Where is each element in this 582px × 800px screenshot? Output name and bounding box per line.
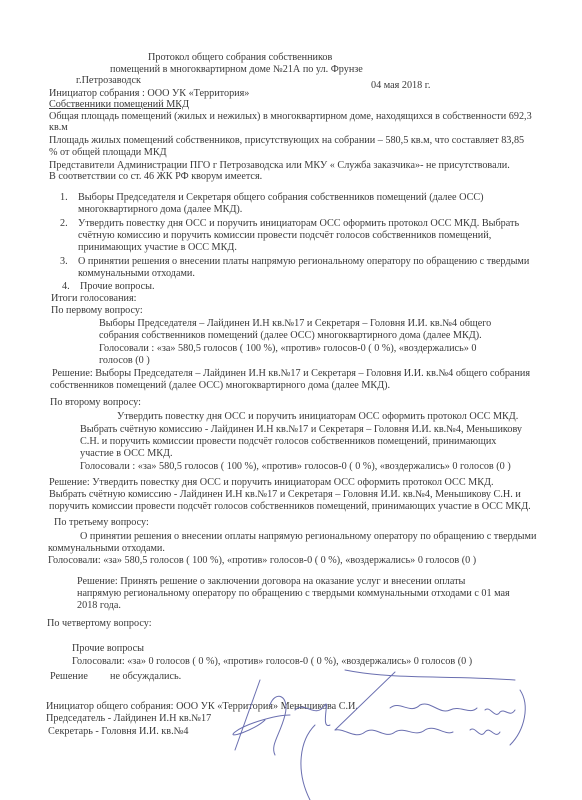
agenda-2-line-1: Утвердить повестку дня ОСС и поручить ин…	[78, 218, 519, 230]
q2-text-2: Выбрать счётную комиссию - Лайдинен И.Н …	[80, 424, 522, 436]
agenda-2-num: 2.	[60, 218, 68, 230]
q4-decision-text: не обсуждались.	[110, 671, 181, 683]
q4-text-1: Прочие вопросы	[72, 643, 144, 655]
q3-decision-1: Решение: Принять решение о заключении до…	[77, 576, 465, 588]
q2-text-1: Утвердить повестку дня ОСС и поручить ин…	[117, 411, 518, 423]
q3-label: По третьему вопросу:	[54, 517, 149, 529]
q2-decision-2: Выбрать счётную комиссию - Лайдинен И.Н …	[49, 489, 521, 501]
q3-text-2: коммунальными отходами.	[48, 543, 165, 555]
quorum: В соответствии со ст. 46 ЖК РФ кворум им…	[49, 171, 262, 183]
date: 04 мая 2018 г.	[371, 80, 430, 92]
agenda-4-line-1: Прочие вопросы.	[80, 281, 155, 293]
total-area-line-1: Общая площадь помещений (жилых и нежилых…	[49, 111, 532, 123]
q2-decision-1: Решение: Утвердить повестку дня ОСС и по…	[49, 477, 494, 489]
q1-text-2: собрания собственников помещений (далее …	[99, 330, 482, 342]
title-line-2: помещений в многоквартирном доме №21А по…	[110, 64, 363, 76]
handwritten-signatures-icon	[215, 660, 545, 800]
total-area-line-2: кв.м	[49, 122, 68, 134]
q1-decision-2: собственников помещений (далее ОСС) мног…	[50, 380, 390, 392]
present-area-line-2: % от общей площади МКД	[49, 147, 167, 159]
title-line-1: Протокол общего собрания собственников	[148, 52, 332, 64]
q2-text-4: участие в ОСС МКД.	[80, 448, 173, 460]
q4-label: По четвертому вопросу:	[47, 618, 152, 630]
q3-decision-2: напрямую региональному оператору по обра…	[77, 588, 510, 600]
agenda-1-line-2: многоквартирного дома (далее МКД).	[78, 204, 242, 216]
results-heading: Итоги голосования:	[51, 293, 137, 305]
q2-text-3: С.Н. и поручить комиссии провести подсчё…	[80, 436, 496, 448]
agenda-4-num: 4.	[62, 281, 70, 293]
sign-chairman: Председатель - Лайдинен И.Н кв.№17	[46, 713, 211, 725]
agenda-1-num: 1.	[60, 192, 68, 204]
agenda-3-line-1: О принятии решения о внесении платы напр…	[78, 256, 529, 268]
q2-decision-3: поручить комиссии провести подсчёт голос…	[49, 501, 531, 513]
q3-votes: Голосовали: «за» 580,5 голосов ( 100 %),…	[48, 555, 476, 567]
q1-votes: Голосовали : «за» 580,5 голосов ( 100 %)…	[99, 343, 476, 355]
agenda-3-line-2: коммунальными отходами.	[78, 268, 195, 280]
q4-decision-label: Решение	[50, 671, 88, 683]
owners-heading: Собственники помещений МКД	[49, 99, 189, 111]
agenda-3-num: 3.	[60, 256, 68, 268]
city: г.Петрозаводск	[76, 75, 141, 87]
agenda-2-line-2: счётную комиссию и поручить комиссии про…	[78, 230, 491, 242]
sign-secretary: Секретарь - Головня И.И. кв.№4	[48, 726, 188, 738]
q1-decision-1: Решение: Выборы Председателя – Лайдинен …	[52, 368, 530, 380]
q2-label: По второму вопросу:	[50, 397, 141, 409]
agenda-2-line-3: принимающих участие в ОСС МКД.	[78, 242, 237, 254]
present-area-line-1: Площадь жилых помещений собственников, п…	[49, 135, 524, 147]
q3-text-1: О принятии решения о внесении оплаты нап…	[80, 531, 536, 543]
q1-text-1: Выборы Председателя – Лайдинен И.Н кв.№1…	[99, 318, 491, 330]
q2-votes: Голосовали : «за» 580,5 голосов ( 100 %)…	[80, 461, 511, 473]
q3-decision-3: 2018 года.	[77, 600, 121, 612]
agenda-1-line-1: Выборы Председателя и Секретаря общего с…	[78, 192, 484, 204]
q1-label: По первому вопросу:	[51, 305, 143, 317]
q1-votes-cont: голосов (0 )	[99, 355, 150, 367]
